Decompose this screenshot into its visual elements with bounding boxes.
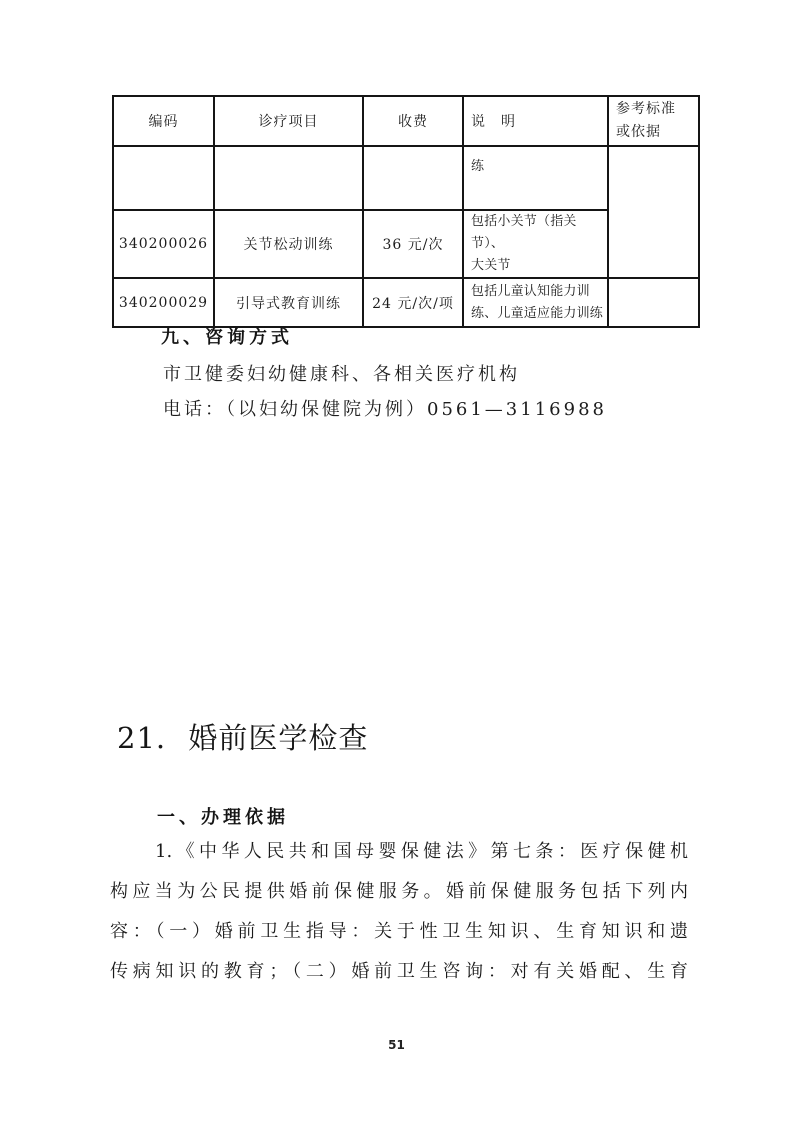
col-header-fee: 收费	[363, 96, 463, 146]
item-cell: 引导式教育训练	[214, 278, 363, 327]
code-cell: 340200029	[113, 278, 214, 327]
legal-paragraph: 1.《中华人民共和国母婴保健法》第七条：医疗保健机 构应当为公民提供婚前保健服务…	[110, 832, 688, 992]
section-title: 21. 婚前医学检查	[117, 716, 368, 757]
note-cell: 包括儿童认知能力训 练、儿童适应能力训练	[463, 278, 608, 327]
table-row: 340200029 引导式教育训练 24 元/次/项 包括儿童认知能力训 练、儿…	[113, 278, 699, 327]
consultation-org-line: 市卫健委妇幼健康科、各相关医疗机构	[163, 360, 520, 386]
consultation-phone-line: 电话：（以妇幼保健院为例）0561—3116988	[163, 395, 607, 421]
col-header-note: 说 明	[463, 96, 608, 146]
col-header-ref: 参考标准 或依据	[608, 96, 699, 146]
ref-cell-merged	[608, 146, 699, 278]
item-cell: 关节松动训练	[214, 210, 363, 278]
consultation-heading: 九、咨询方式	[161, 323, 293, 349]
paragraph-line: 1.《中华人民共和国母婴保健法》第七条：医疗保健机	[110, 832, 688, 872]
fee-table: 编码 诊疗项目 收费 说 明 参考标准 或依据 练 340200026 关节松动…	[112, 95, 700, 328]
note-cell: 包括小关节（指关节）、 大关节	[463, 210, 608, 278]
note-cell: 练	[463, 146, 608, 210]
table-row-continuation: 练	[113, 146, 699, 210]
item-cell-empty	[214, 146, 363, 210]
paragraph-line: 构应当为公民提供婚前保健服务。婚前保健服务包括下列内	[110, 872, 688, 912]
col-header-code: 编码	[113, 96, 214, 146]
paragraph-line: 容：（一）婚前卫生指导：关于性卫生知识、生育知识和遗	[110, 912, 688, 952]
table-header-row: 编码 诊疗项目 收费 说 明 参考标准 或依据	[113, 96, 699, 146]
section-sub-heading: 一、办理依据	[157, 803, 289, 829]
fee-cell: 24 元/次/项	[363, 278, 463, 327]
ref-cell-empty	[608, 278, 699, 327]
document-page: 编码 诊疗项目 收费 说 明 参考标准 或依据 练 340200026 关节松动…	[0, 0, 793, 1122]
fee-cell-empty	[363, 146, 463, 210]
code-cell-empty	[113, 146, 214, 210]
paragraph-line: 传病知识的教育；（二）婚前卫生咨询：对有关婚配、生育	[110, 952, 688, 992]
fee-cell: 36 元/次	[363, 210, 463, 278]
col-header-item: 诊疗项目	[214, 96, 363, 146]
code-cell: 340200026	[113, 210, 214, 278]
page-number: 51	[0, 1038, 793, 1052]
